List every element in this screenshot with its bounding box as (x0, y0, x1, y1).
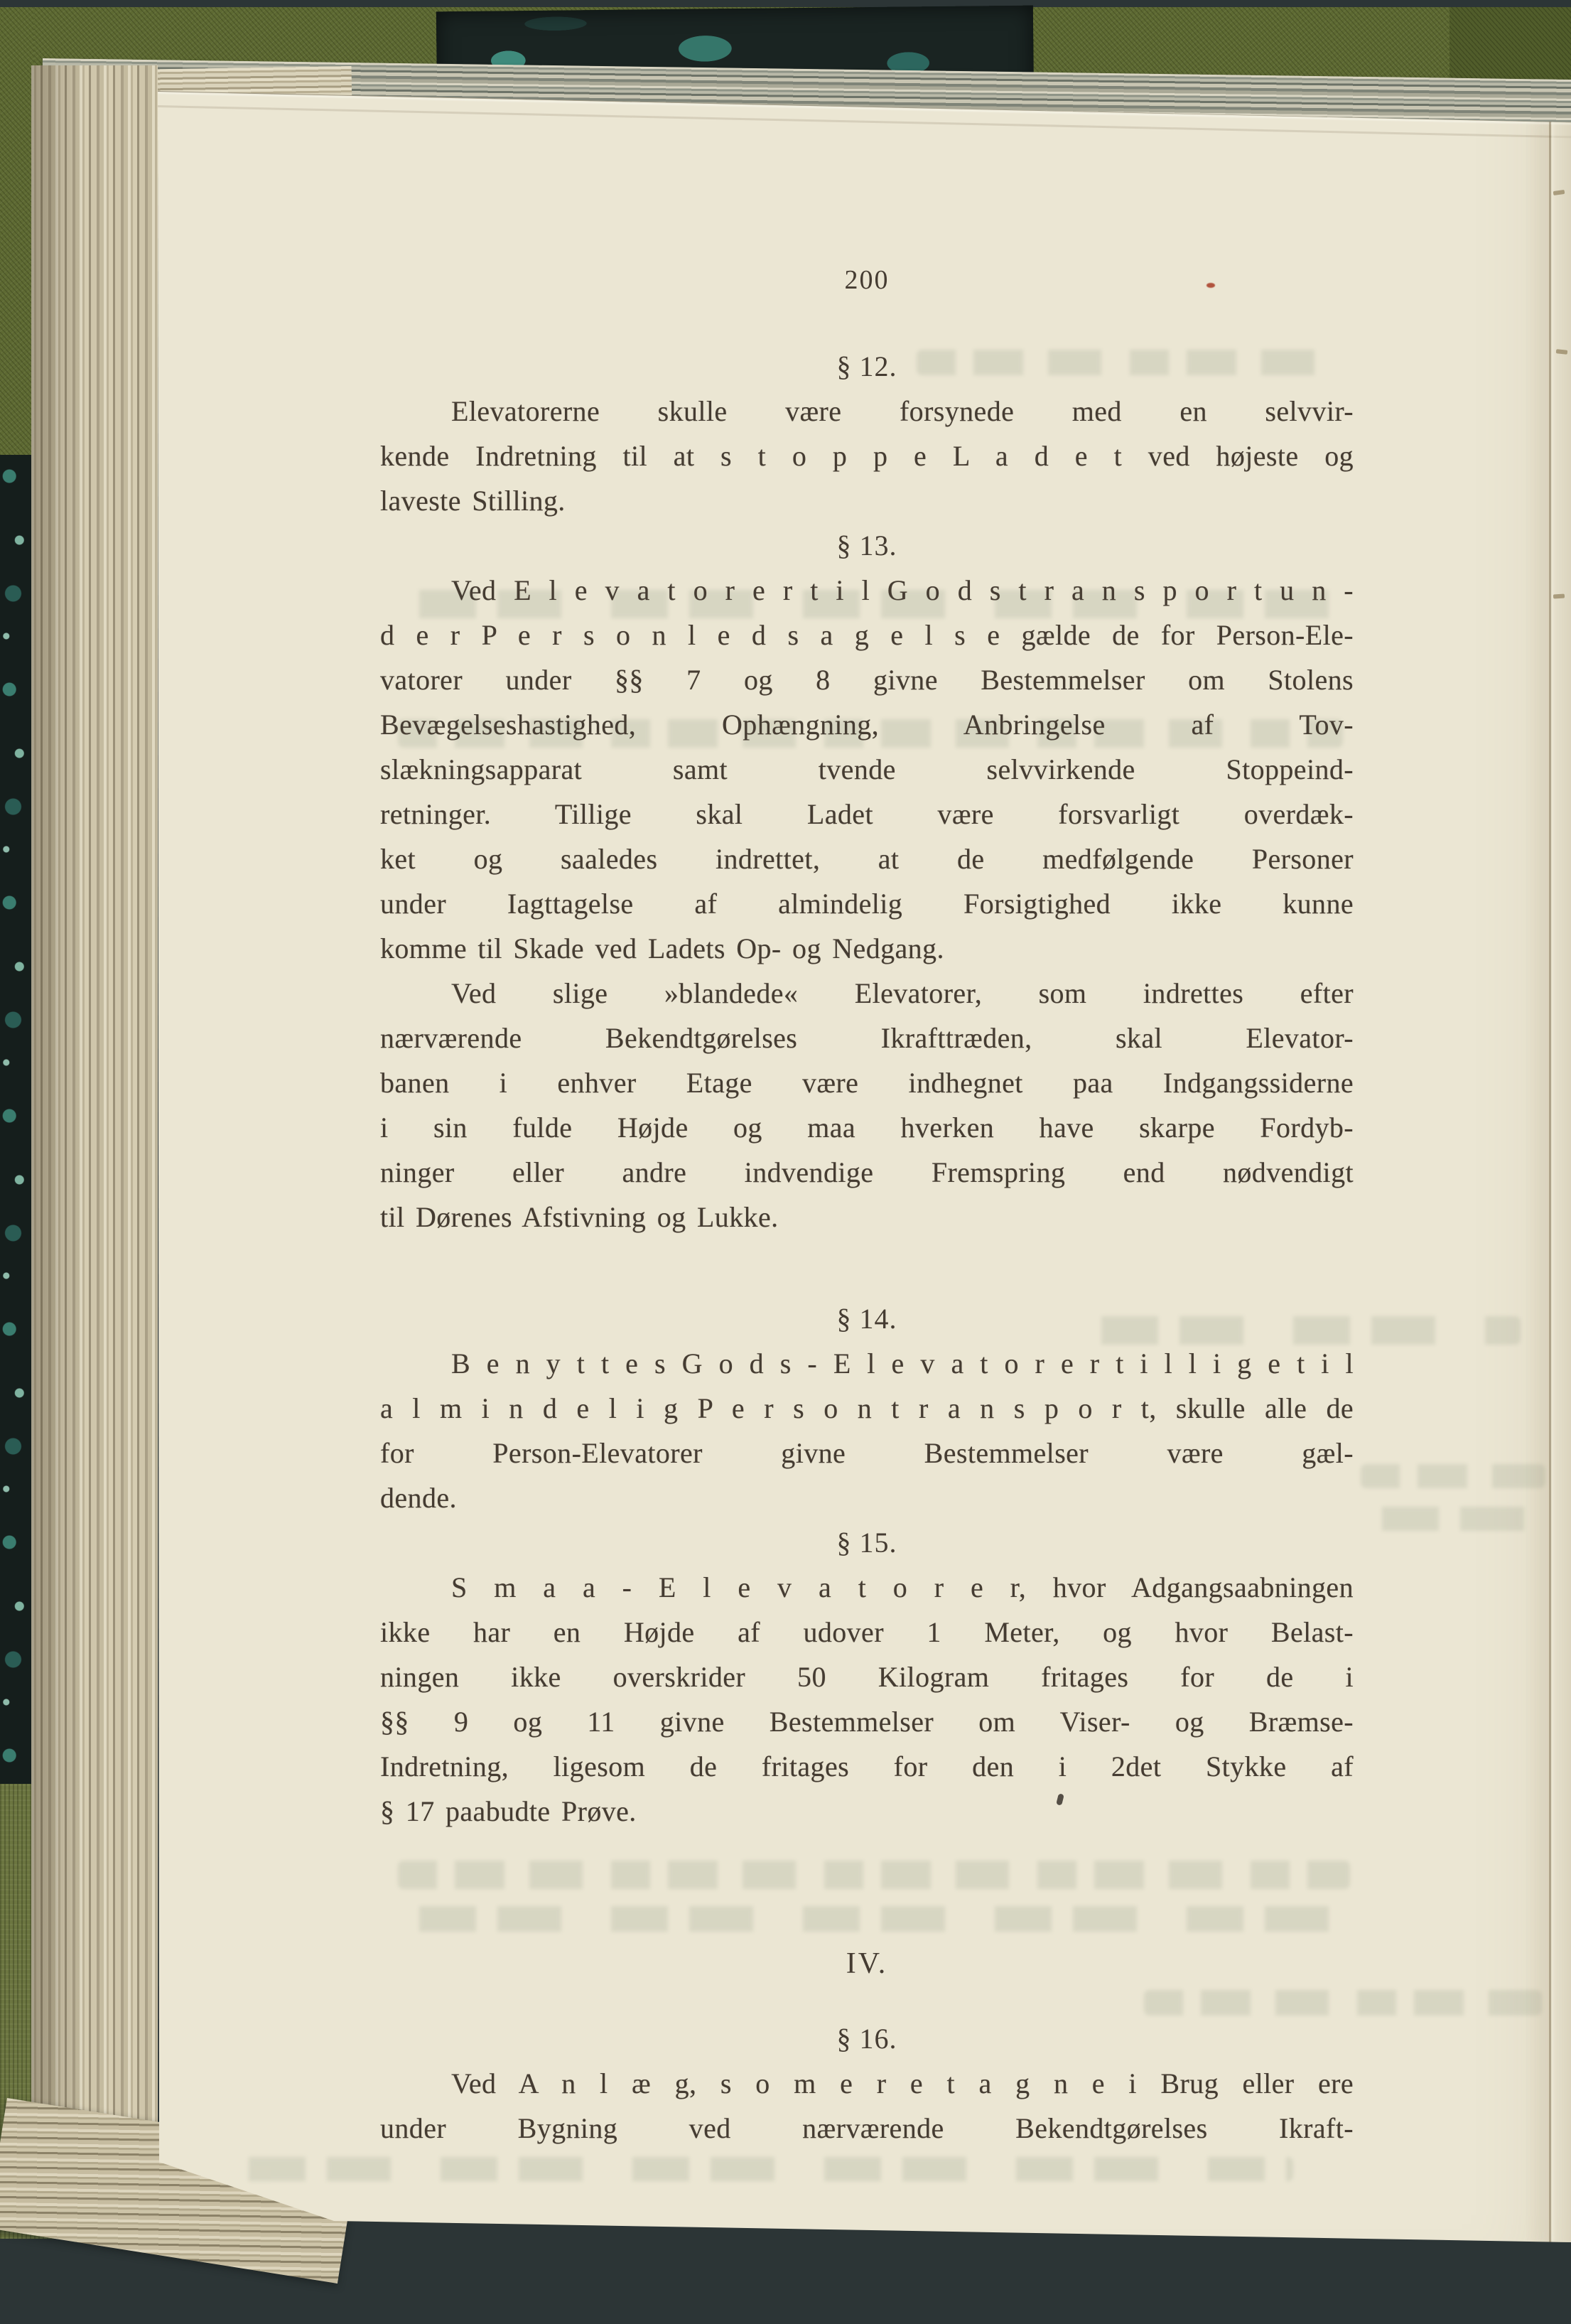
text-line: vatorer under §§ 7 og 8 givne Bestemmels… (380, 657, 1354, 702)
section-heading: § 15. (380, 1520, 1354, 1565)
section-heading: § 12. (380, 344, 1354, 389)
paragraph: Elevatorerne skulle være forsynede med e… (380, 389, 1354, 523)
text-line: ninger eller andre indvendige Fremspring… (380, 1150, 1354, 1195)
paragraph: Ved A n l æ g, s o m e r e t a g n e i B… (380, 2061, 1354, 2151)
chapter-heading: IV. (380, 1942, 1354, 1986)
binding-stitch (1553, 593, 1565, 598)
text-line: Elevatorerne skulle være forsynede med e… (380, 389, 1354, 434)
bleed-through-text (1361, 1464, 1545, 1488)
text-line: Bevægelseshastighed, Ophængning, Anbring… (380, 702, 1354, 747)
text-line: i sin fulde Højde og maa hverken have sk… (380, 1105, 1354, 1150)
text-line: for Person-Elevatorer givne Bestemmelser… (380, 1431, 1354, 1475)
text-line: banen i enhver Etage være indhegnet paa … (380, 1060, 1354, 1105)
bleed-through-text (1361, 1507, 1545, 1531)
page-number: 200 (380, 264, 1354, 296)
section-heading: § 14. (380, 1296, 1354, 1341)
text-line: kende Indretning til at s t o p p e L a … (380, 434, 1354, 478)
page-right-margin-fold (1552, 121, 1571, 2242)
book-photograph: 200 § 12.Elevatorerne skulle være forsyn… (0, 0, 1571, 2324)
red-ink-mark (1206, 283, 1215, 288)
paragraph: Ved E l e v a t o r e r t i l G o d s t … (380, 568, 1354, 971)
text-line: Ved A n l æ g, s o m e r e t a g n e i B… (380, 2061, 1354, 2106)
marbled-endpaper-left (0, 455, 31, 1784)
paragraph: Ved slige »blandede« Elevatorer, som ind… (380, 971, 1354, 1239)
text-line: S m a a - E l e v a t o r e r, hvor Adga… (380, 1565, 1354, 1610)
text-line: d e r P e r s o n l e d s a g e l s e gæ… (380, 613, 1354, 657)
paragraph: B e n y t t e s G o d s - E l e v a t o … (380, 1341, 1354, 1520)
text-column: § 12.Elevatorerne skulle være forsynede … (380, 344, 1354, 2151)
page-crease (1549, 121, 1551, 2242)
text-line: nærværende Bekendtgørelses Ikrafttræden,… (380, 1016, 1354, 1060)
section-heading: § 13. (380, 523, 1354, 568)
page-stack-left-edge (31, 65, 158, 2180)
text-line: under Iagttagelse af almindelig Forsigti… (380, 881, 1354, 926)
text-line: ikke har en Højde af udover 1 Meter, og … (380, 1610, 1354, 1655)
book-page: 200 § 12.Elevatorerne skulle være forsyn… (0, 0, 1571, 2324)
book-cover-left (0, 7, 34, 476)
text-line: Indretning, ligesom de fritages for den … (380, 1744, 1354, 1789)
text-line: Ved slige »blandede« Elevatorer, som ind… (380, 971, 1354, 1016)
section-heading: § 16. (380, 2016, 1354, 2061)
text-line: retninger. Tillige skal Ladet være forsv… (380, 792, 1354, 836)
text-line: under Bygning ved nærværende Bekendtgøre… (380, 2106, 1354, 2151)
text-line: Ved E l e v a t o r e r t i l G o d s t … (380, 568, 1354, 613)
text-line: ningen ikke overskrider 50 Kilogram frit… (380, 1655, 1354, 1699)
paragraph: S m a a - E l e v a t o r e r, hvor Adga… (380, 1565, 1354, 1834)
text-line: a l m i n d e l i g P e r s o n t r a n … (380, 1386, 1354, 1431)
text-line: ket og saaledes indrettet, at de medfølg… (380, 836, 1354, 881)
text-line: §§ 9 og 11 givne Bestemmelser om Viser- … (380, 1699, 1354, 1744)
text-line: B e n y t t e s G o d s - E l e v a t o … (380, 1341, 1354, 1386)
text-line: slækningsapparat samt tvende selvvirkend… (380, 747, 1354, 792)
